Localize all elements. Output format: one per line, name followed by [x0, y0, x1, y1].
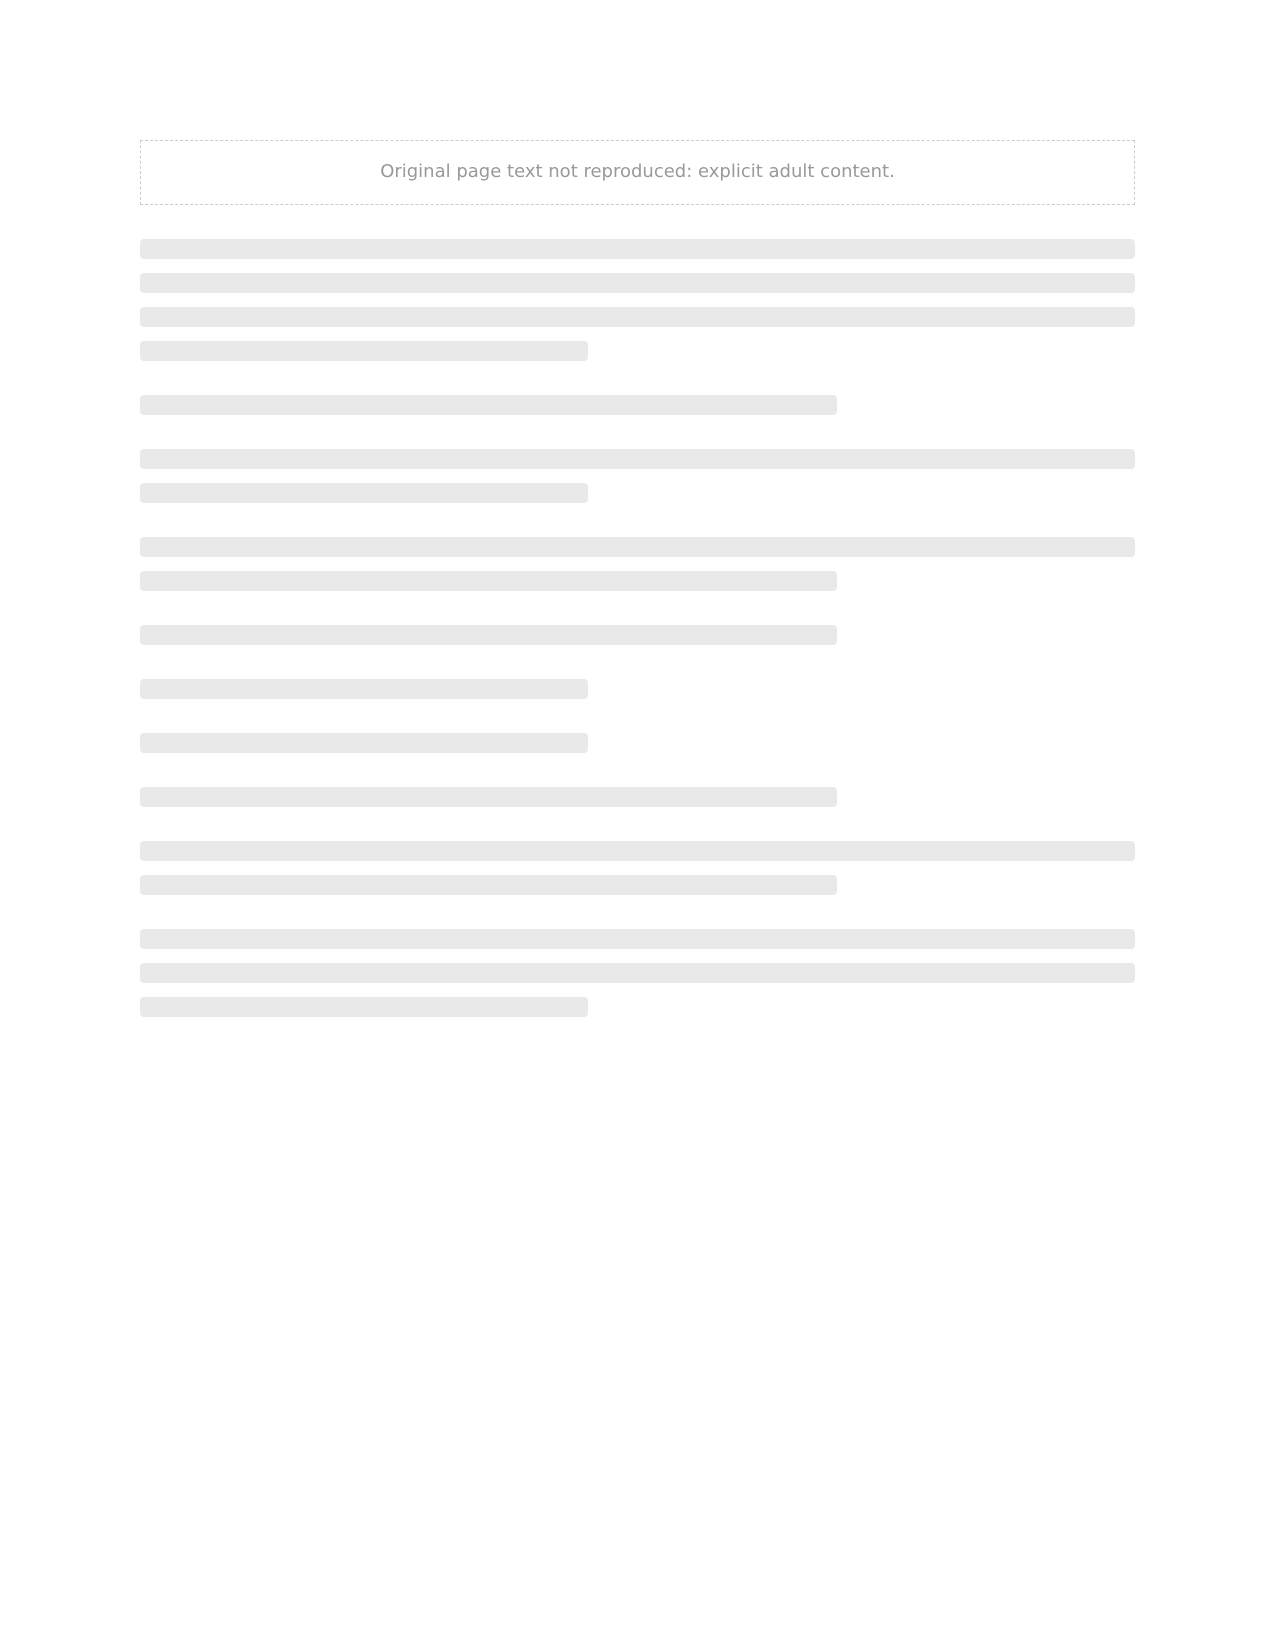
redacted-text-line [140, 963, 1135, 983]
redacted-text-line [140, 395, 837, 415]
redacted-text-line [140, 625, 837, 645]
paragraph [140, 841, 1135, 895]
redacted-text-line [140, 929, 1135, 949]
paragraph [140, 537, 1135, 591]
redacted-text-line [140, 841, 1135, 861]
redacted-text-line [140, 875, 837, 895]
redacted-text-line [140, 483, 588, 503]
paragraph [140, 395, 1135, 415]
redacted-text-line [140, 449, 1135, 469]
redacted-text-line [140, 341, 588, 361]
redacted-text-line [140, 733, 588, 753]
paragraph [140, 239, 1135, 361]
paragraph [140, 929, 1135, 1017]
redacted-text-line [140, 997, 588, 1017]
paragraph [140, 449, 1135, 503]
redacted-text-line [140, 571, 837, 591]
redaction-notice: Original page text not reproduced: expli… [140, 140, 1135, 205]
redacted-text-line [140, 239, 1135, 259]
paragraph [140, 733, 1135, 753]
redacted-text-line [140, 273, 1135, 293]
document-page: Original page text not reproduced: expli… [0, 0, 1275, 1650]
redacted-text-line [140, 679, 588, 699]
redacted-text-line [140, 307, 1135, 327]
paragraph [140, 625, 1135, 645]
paragraph [140, 679, 1135, 699]
redacted-text-line [140, 787, 837, 807]
redacted-text-line [140, 537, 1135, 557]
paragraph [140, 787, 1135, 807]
